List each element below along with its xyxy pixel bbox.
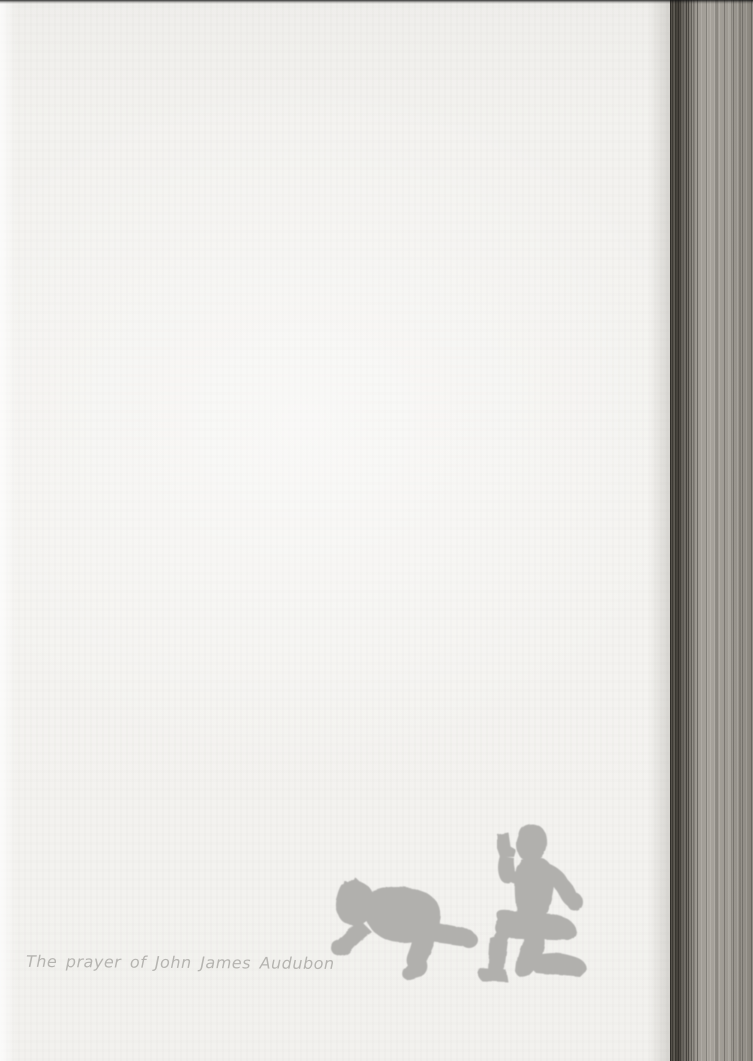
kneeling-shooter-icon [470,816,600,988]
page-gutter-shadow [648,0,672,1061]
book-fore-edge [670,0,753,1061]
scan-top-border [0,0,753,4]
book-scan: The prayer of John James Audubon [0,0,753,1061]
page-left-highlight [0,0,16,1061]
chapter-caption: The prayer of John James Audubon [26,952,356,973]
